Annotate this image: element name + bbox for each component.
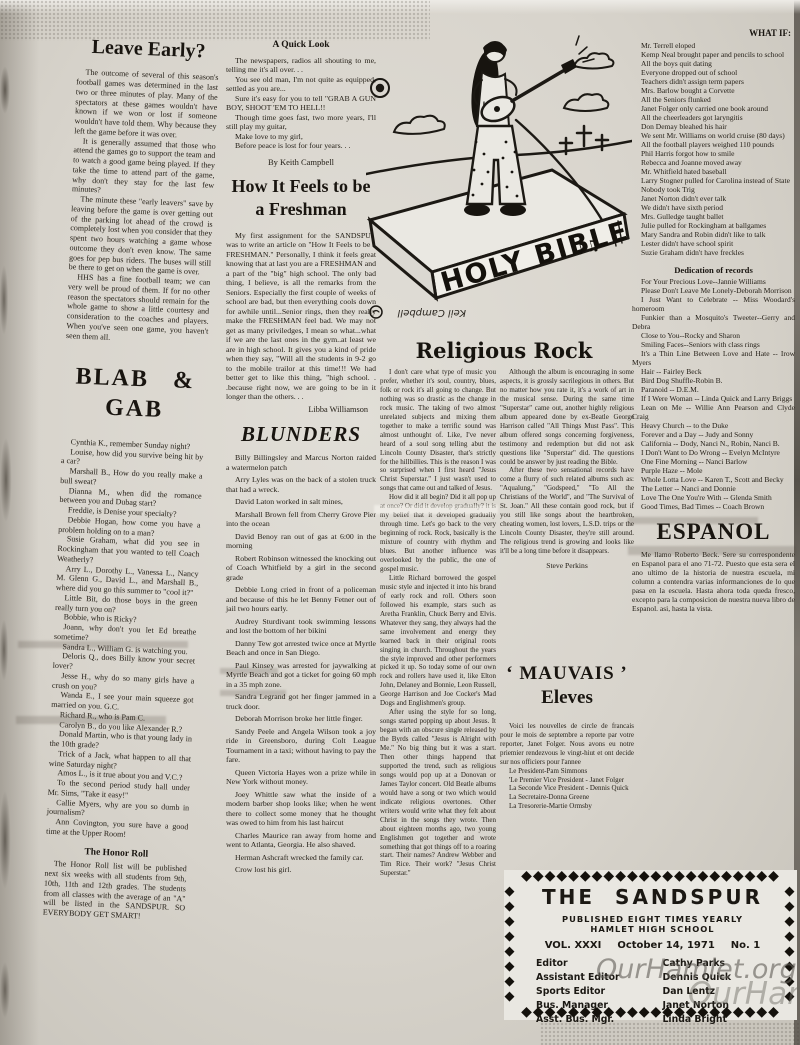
guitar-neck — [512, 71, 563, 101]
staff-row: Asst. Bus. Mgr. Linda Bright — [526, 1013, 779, 1027]
dedication-item: Smiling Faces--Seniors with class rings — [632, 340, 795, 349]
blab-gab-items: Cynthia K., remember Sunday night?Louise… — [46, 437, 204, 842]
officer-line: La Seconde Vice President - Dennis Quick — [500, 784, 634, 793]
staff-row: Assistant Editor Dennis Quick — [526, 971, 779, 985]
masthead-box: ◆◆◆◆◆◆◆◆◆◆◆◆◆◆◆◆◆◆◆◆◆◆ ◆◆◆◆◆◆◆◆◆◆◆◆◆◆◆◆◆… — [504, 870, 797, 1020]
blunder-item: Charles Maurice ran away from home and w… — [226, 831, 376, 850]
what-if-item: All the boys quit dating — [632, 59, 795, 68]
what-if-item: All the Seniors flunked — [632, 95, 795, 104]
mauvais-intro: Voici les nouvelles de circle de francai… — [500, 722, 634, 766]
blunder-item: Debbie Long cried in front of a policema… — [226, 585, 376, 614]
byline-steve-perkins: Steve Perkins — [500, 561, 634, 571]
what-if-item: Kemp Neal brought paper and pencils to s… — [632, 50, 795, 59]
headline-mauvais-line2: Eleves — [500, 686, 634, 710]
poem-line: The newspapers, radios all shouting to m… — [226, 56, 376, 75]
staff-name: Dan Lentz — [663, 985, 780, 999]
column-left: Leave Early? The outcome of several of t… — [43, 34, 220, 923]
poem-line: Though time goes fast, two more years, I… — [226, 113, 376, 132]
what-if-item: Teachers didn't assign term papers — [632, 77, 795, 86]
dedication-item: Paranoid -- D.E.M. — [632, 385, 795, 394]
what-if-item: Mrs. Gulledge taught ballet — [632, 212, 795, 221]
paragraph: Little Richard borrowed the gospel music… — [380, 574, 496, 708]
staff-row: Editor Cathy Parks — [526, 957, 779, 971]
dedication-item: Forever and a Day -- Judy and Sonny — [632, 430, 795, 439]
dedication-item: One Fine Morning -- Nanci Barlow — [632, 457, 795, 466]
issue-number: No. 1 — [731, 940, 760, 951]
dedication-item: Love The One You're With -- Glenda Smith — [632, 493, 795, 502]
headline-blab-gab: BLAB & GAB — [63, 362, 207, 426]
dedication-item: The Letter -- Nanci and Donnie — [632, 484, 795, 493]
poem-line: Sure it's easy for you to tell "GRAB A G… — [226, 94, 376, 113]
diamond-border-top: ◆◆◆◆◆◆◆◆◆◆◆◆◆◆◆◆◆◆◆◆◆◆ — [504, 868, 797, 885]
headline-espanol: ESPANOL — [632, 518, 795, 546]
blunder-item: Audrey Sturdivant took swimming lessons … — [226, 617, 376, 636]
staff-role: Assistant Editor — [526, 971, 663, 985]
blunder-item: David Benoy ran out of gas at 6:00 in th… — [226, 532, 376, 551]
what-if-item: Mr. Whitfield hated baseball — [632, 167, 795, 176]
what-if-item: Mary Sandra and Robin didn't like to tal… — [632, 230, 795, 239]
officer-line: La Tresorerie-Martie Ormsby — [500, 802, 634, 811]
what-if-item: Don Demay bleahed his hair — [632, 122, 795, 131]
dedication-item: It's a Thin Line Between Love and Hate -… — [632, 349, 795, 367]
cloud-icon — [564, 94, 608, 111]
blunder-item: Marshall Brown fell from Cherry Grove Pi… — [226, 510, 376, 529]
dedication-item: Close to You--Rocky and Sharon — [632, 331, 795, 340]
headline-freshman: How It Feels to be a Freshman — [226, 175, 376, 222]
artist-signature: Keil Campbell — [397, 307, 466, 318]
shoe — [464, 204, 490, 216]
what-if-item: Larry Stogner pulled for Carolina instea… — [632, 176, 795, 185]
what-if-item: Nobody took Trig — [632, 185, 795, 194]
blunder-item: Paul Kinsey was arrested for jaywalking … — [226, 661, 376, 690]
what-if-item: We didn't have sixth period — [632, 203, 795, 212]
paragraph: The minute these "early leavers" save by… — [69, 194, 214, 278]
paragraph: After these two sensational records have… — [500, 466, 634, 556]
dedication-item: Whole Lotta Love -- Karen T., Scott and … — [632, 475, 795, 484]
issue-date: October 14, 1971 — [617, 940, 714, 951]
column-right: WHAT IF: Mr. Terrell elopedKemp Neal bro… — [632, 28, 795, 613]
scan-edge-top — [0, 0, 800, 14]
staff-role: Asst. Bus. Mgr. — [526, 1013, 663, 1027]
freshman-body: My first assignment for the SANDSPUR was… — [226, 231, 376, 402]
what-if-item: Suzie Graham didn't have freckles — [632, 248, 795, 257]
headline-blunders: BLUNDERS — [226, 422, 376, 448]
dedication-item: Purple Haze -- Mole — [632, 466, 795, 475]
blunder-item: Danny Tew got arrested twice once at Myr… — [226, 639, 376, 658]
byline-libba-williamson: Libba Williamson — [226, 405, 376, 415]
officer-line: La Secretaire-Donna Greene — [500, 793, 634, 802]
what-if-item: Mr. Terrell eloped — [632, 41, 795, 50]
dedication-item: Funkier than a Mosquito's Tweeter--Gerry… — [632, 313, 795, 331]
publish-frequency: PUBLISHED EIGHT TIMES YEARLY — [526, 914, 779, 924]
what-if-item: All the football players weighed 110 pou… — [632, 140, 795, 149]
what-if-item: Lester didn't have school spirit — [632, 239, 795, 248]
officer-line: 'Le Premier Vice President - Janet Folge… — [500, 776, 634, 785]
what-if-item: Phil Harris forgot how to smile — [632, 149, 795, 158]
scan-edge-left — [0, 0, 16, 1045]
shoe — [500, 204, 526, 216]
blunders-items: Billy Billingsley and Marcus Norton raid… — [226, 453, 376, 875]
staff-name: Cathy Parks — [663, 957, 780, 971]
religious-rock-left-body: I don't care what type of music you pref… — [380, 368, 496, 878]
dedication-item: If I Were Woman -- Linda Quick and Larry… — [632, 394, 795, 403]
what-if-items: Mr. Terrell elopedKemp Neal brought pape… — [632, 41, 795, 257]
poem-line: Make love to my girl, — [226, 132, 376, 142]
dedication-item: Hair -- Fairley Beck — [632, 367, 795, 376]
religious-rock-right-body: Although the album is encouraging in som… — [500, 368, 634, 556]
what-if-item: We sent Mr. Williams on world cruise (80… — [632, 131, 795, 140]
newspaper-page: Leave Early? The outcome of several of t… — [0, 0, 800, 1045]
headline-leave-early: Leave Early? — [77, 34, 220, 64]
staff-name: Janet Norton — [663, 999, 780, 1013]
mauvais-eleves-article: ‘ MAUVAIS ’ Eleves Voici les nouvelles d… — [500, 662, 634, 811]
what-if-item: Julie pulled for Rockingham at ballgames — [632, 221, 795, 230]
quick-look-poem: The newspapers, radios all shouting to m… — [226, 56, 376, 151]
cloud-icon — [574, 53, 613, 68]
blunder-item: Sandy Peele and Angela Wilson took a joy… — [226, 727, 376, 765]
paragraph: It is generally assumed that those who a… — [72, 136, 216, 200]
masthead-content: THE SANDSPUR PUBLISHED EIGHT TIMES YEARL… — [526, 885, 779, 1006]
column-two: A Quick Look The newspapers, radios all … — [226, 40, 376, 878]
what-if-item: Janet Folger only carried one book aroun… — [632, 104, 795, 113]
what-if-item: Janet Norton didn't ever talk — [632, 194, 795, 203]
staff-name: Linda Bright — [663, 1013, 780, 1027]
dedication-item: Bird Dog Shuffle-Robin B. — [632, 376, 795, 385]
staff-name: Dennis Quick — [663, 971, 780, 985]
dedication-item: Heavy Church -- to the Duke — [632, 421, 795, 430]
dedication-item: For Your Precious Love--Jannie Williams — [632, 277, 795, 286]
what-if-item: Mrs. Barlow bought a Corvette — [632, 86, 795, 95]
dedication-item: I Don't Want to Do Wrong -- Evelyn McInt… — [632, 448, 795, 457]
blunder-item: David Laton worked in salt mines, — [226, 497, 376, 507]
dedication-item: Good Times, Bad Times -- Coach Brown — [632, 502, 795, 511]
headline-what-if: WHAT IF: — [632, 28, 795, 39]
staff-role: Editor — [526, 957, 663, 971]
dedication-item: Lean on Me -- Willie Ann Pearson and Cly… — [632, 403, 795, 421]
school-name: HAMLET HIGH SCHOOL — [526, 924, 779, 934]
byline-keith-campbell: By Keith Campbell — [226, 157, 376, 167]
headline-religious-rock: Religious Rock — [378, 338, 630, 363]
staff-role: Bus. Manager — [526, 999, 663, 1013]
blunder-item: Robert Robinson witnessed the knocking o… — [226, 554, 376, 583]
page-gutter-shadow — [0, 0, 46, 1045]
headline-mauvais-line1: ‘ MAUVAIS ’ — [500, 662, 634, 686]
religious-rock-left-column: I don't care what type of music you pref… — [380, 368, 496, 878]
paragraph: After using the style for so long, songs… — [380, 708, 496, 878]
dedication-items: For Your Precious Love--Jannie WilliamsP… — [632, 277, 795, 511]
mauvais-officers: Le President-Pam Simmons'Le Premier Vice… — [500, 767, 634, 811]
blunder-item: Deborah Morrison broke her little finger… — [226, 714, 376, 724]
blunder-item: Arry Lyles was on the back of a stolen t… — [226, 475, 376, 494]
staff-list: Editor Cathy Parks Assistant Editor Denn… — [526, 957, 779, 1027]
espanol-body: Me llamo Roberto Beck. Sere su correspon… — [632, 550, 795, 613]
poem-line: Before peace is lost for four years. . . — [226, 141, 376, 151]
honor-roll-body: The Honor Roll list will be published ne… — [43, 859, 187, 923]
diamond-border-left: ◆◆◆◆◆◆◆◆◆ — [503, 884, 518, 1006]
paragraph: I don't care what type of music you pref… — [380, 368, 496, 493]
blunder-item: Herman Ashcraft wrecked the family car. — [226, 853, 376, 863]
leave-early-body: The outcome of several of this season's … — [66, 68, 219, 346]
paragraph: How did it all begin? Did it all pop up … — [380, 493, 496, 574]
volume-label: VOL. XXXI — [545, 940, 602, 951]
staff-row: Bus. Manager Janet Norton — [526, 999, 779, 1013]
poem-line: You see old man, I'm not quite as equipp… — [226, 75, 376, 94]
blunder-item: Joey Whittle saw what the inside of a mo… — [226, 790, 376, 828]
blunder-item: Crow lost his girl. — [226, 865, 376, 875]
staff-role: Sports Editor — [526, 985, 663, 999]
dedication-item: California -- Dody, Nanci N., Robin, Nan… — [632, 439, 795, 448]
paragraph: HHS has a fine football team; we can ver… — [66, 272, 211, 346]
blunder-item: Sandra Legrand got her finger jammed in … — [226, 692, 376, 711]
what-if-item: Rebecca and Joanne moved away — [632, 158, 795, 167]
paragraph: Although the album is encouraging in som… — [500, 368, 634, 466]
staff-row: Sports Editor Dan Lentz — [526, 985, 779, 999]
religious-rock-right-column: Although the album is encouraging in som… — [500, 368, 634, 571]
blunder-item: Billy Billingsley and Marcus Norton raid… — [226, 453, 376, 472]
diamond-border-right: ◆◆◆◆◆◆◆◆◆ — [783, 884, 798, 1006]
dedication-item: Please Don't Leave Me Lonely-Deborah Mor… — [632, 286, 795, 295]
paper-title: THE SANDSPUR — [526, 885, 779, 909]
guitar-player-on-bible-illustration: HOLY BIBLE ♪♫ Keil Campbell — [366, 24, 632, 336]
headline-quick-look: A Quick Look — [226, 40, 376, 52]
what-if-item: Everyone dropped out of school — [632, 68, 795, 77]
paragraph: The outcome of several of this season's … — [74, 68, 219, 142]
cloud-icon — [394, 116, 445, 134]
officer-line: Le President-Pam Simmons — [500, 767, 634, 776]
headline-dedications: Dedication of records — [632, 265, 795, 275]
what-if-item: All the cheerleaders got laryngitis — [632, 113, 795, 122]
blunder-item: Queen Victoria Hayes won a prize while i… — [226, 768, 376, 787]
dedication-item: I Just Want to Celebrate -- Miss Woodard… — [632, 295, 795, 313]
